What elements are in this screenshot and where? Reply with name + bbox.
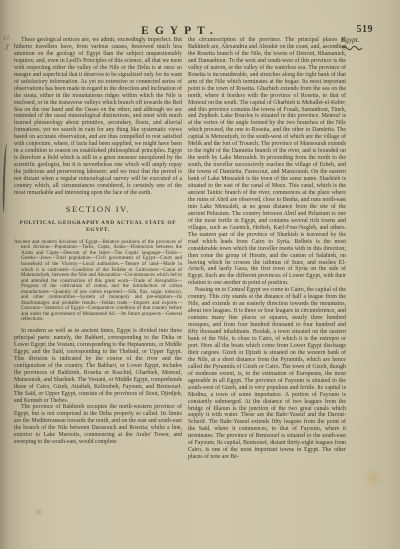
margin-pencil-mark-curl: ʒ xyxy=(1,41,14,49)
book-page: 17. ʒ EGYPT. 519 Egypt. These geological… xyxy=(0,0,400,549)
paper-stain xyxy=(362,468,384,488)
margin-pencil-mark: 17. ʒ xyxy=(1,36,13,48)
section-heading: SECTION IV. xyxy=(14,206,182,213)
section-subtitle: POLITICAL GEOGRAPHY AND ACTUAL STATE OF … xyxy=(14,220,182,234)
margin-note: Egypt. xyxy=(341,37,387,51)
paragraph-divisions: In modern as well as in ancient times, E… xyxy=(14,328,182,404)
left-column: These geological notices are, we admit, … xyxy=(14,37,182,446)
paper-stain xyxy=(34,508,44,516)
page-gutter-line xyxy=(2,143,9,213)
paragraph-central-egypt: Passing on to Central Egypt we come to C… xyxy=(188,287,346,461)
paragraph-bahhireh: The province of Bahhireh occupies the no… xyxy=(14,404,182,446)
paragraph-lower-egypt: the circumscription of the province. The… xyxy=(188,37,346,287)
page-number: 519 xyxy=(357,24,374,35)
paragraph-geology: These geological notices are, we admit, … xyxy=(14,37,182,197)
running-head-title: EGYPT. xyxy=(14,25,346,37)
right-column: the circumscription of the province. The… xyxy=(188,37,346,461)
section-argument: Ancient and modern divisions of Egypt—Re… xyxy=(14,240,182,323)
